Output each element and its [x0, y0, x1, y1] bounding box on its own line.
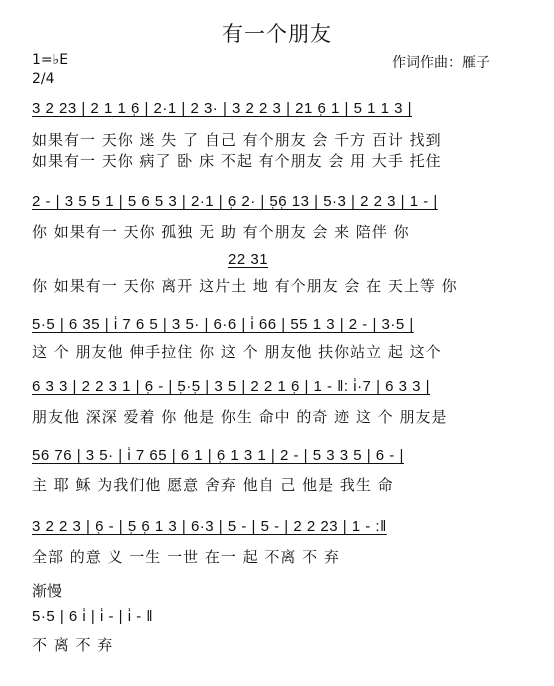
key-signature: 1=♭E	[32, 52, 68, 68]
notation-line-1: 3 2 23 | 2 1 1 6̣ | 2·1 | 2 3· | 3 2 2 3…	[32, 100, 412, 120]
lyrics-line-2: 你 如果有一 天你 孤独 无 助 有个朋友 会 来 陪伴 你	[32, 221, 410, 242]
lyrics-line-1b: 如果有一 天你 病了 卧 床 不起 有个朋友 会 用 大手 托住	[32, 150, 442, 171]
lyrics-line-8: 不 离 不 弃	[32, 634, 113, 655]
lyrics-line-7: 全部 的意 义 一生 一世 在一 起 不离 不 弃	[32, 546, 340, 567]
song-title: 有一个朋友	[0, 18, 554, 48]
lyrics-line-5: 朋友他 深深 爱着 你 他是 你生 命中 的奇 迹 这 个 朋友是	[32, 406, 447, 427]
notation-line-8: 5·5 | 6 i̇ | i̇ - | i̇ - ‖	[32, 608, 153, 628]
notation-line-2: 2 - | 3 5 5 1 | 5 6 5 3 | 2·1 | 6̣ 2· | …	[32, 193, 438, 213]
lyrics-line-1a: 如果有一 天你 迷 失 了 自己 有个朋友 会 千方 百计 找到	[32, 129, 442, 150]
lyrics-line-6: 主 耶 稣 为我们他 愿意 舍弃 他自 己 他是 我生 命	[32, 474, 394, 495]
lyrics-line-3: 你 如果有一 天你 离开 这片土 地 有个朋友 会 在 天上等 你	[32, 275, 458, 296]
notation-line-7: 3 2 2 3 | 6̣ - | 5̣ 6̣ 1 3 | 6·3 | 5 - |…	[32, 518, 387, 538]
time-signature: 2/4	[32, 71, 55, 87]
tempo-marking: 渐慢	[32, 580, 62, 601]
notation-line-5: 6 3 3 | 2 2 3 1 | 6̣ - | 5̣·5̣ | 3 5 | 2…	[32, 378, 430, 398]
notation-line-4: 5·5 | 6 35 | i̇ 7 6 5 | 3 5· | 6·6 | i̇ …	[32, 316, 414, 336]
composer-credit: 作词作曲：雁子	[392, 52, 490, 72]
notation-line-6: 56 76 | 3 5· | i̇ 7 65 | 6 1 | 6̣ 1 3 1 …	[32, 447, 404, 467]
lyrics-line-4: 这 个 朋友他 伸手拉住 你 这 个 朋友他 扶你站立 起 这个	[32, 341, 442, 362]
notation-line-3: 22 31	[228, 251, 268, 271]
